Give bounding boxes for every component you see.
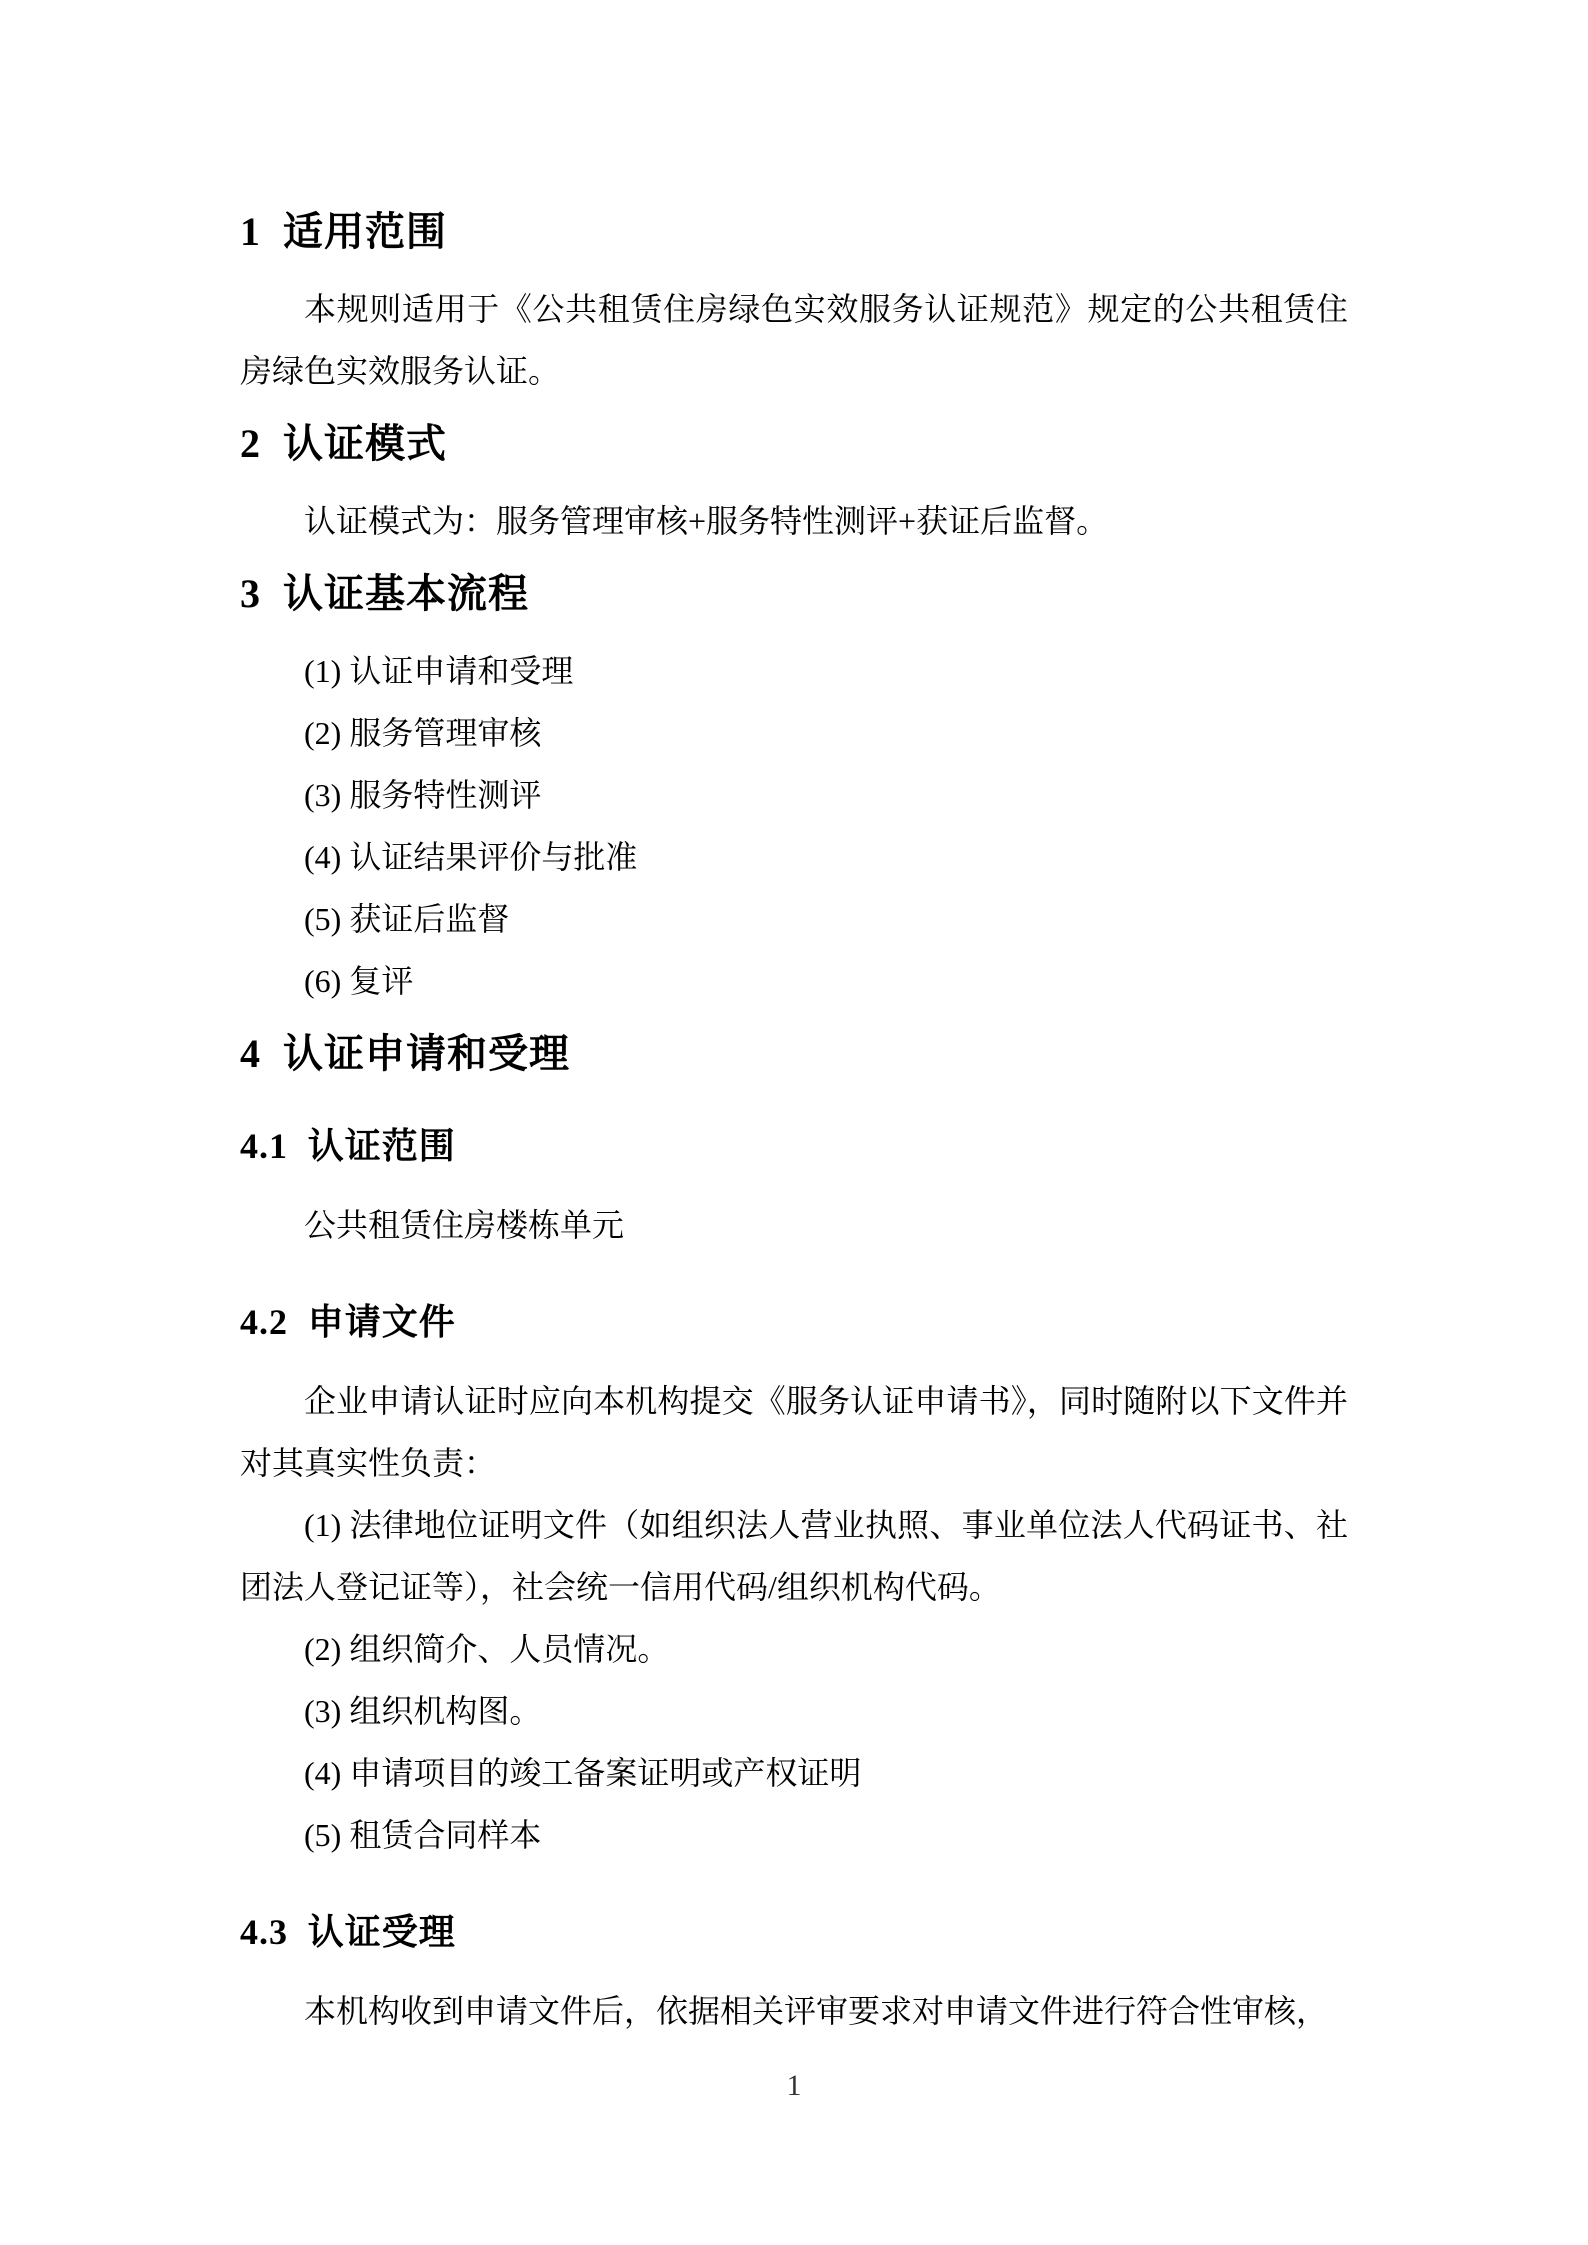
section-4-heading: 4认证申请和受理 [240, 1028, 1348, 1080]
section-1-heading: 1适用范围 [240, 206, 1348, 258]
section-2-heading: 2认证模式 [240, 418, 1348, 470]
section-4-1-paragraph: 公共租赁住房楼栋单元 [240, 1194, 1348, 1256]
section-4-number: 4 [240, 1031, 261, 1076]
list-item: (3) 组织机构图。 [240, 1680, 1348, 1742]
list-item: (1) 法律地位证明文件（如组织法人营业执照、事业单位法人代码证书、社团法人登记… [240, 1494, 1348, 1618]
list-item: (2) 服务管理审核 [240, 702, 1348, 764]
section-4-2-title: 申请文件 [308, 1302, 456, 1342]
section-4-3-paragraph: 本机构收到申请文件后，依据相关评审要求对申请文件进行符合性审核， [240, 1980, 1348, 2042]
section-3-heading: 3认证基本流程 [240, 568, 1348, 620]
list-item: (1) 认证申请和受理 [240, 640, 1348, 702]
list-item: (3) 服务特性测评 [240, 764, 1348, 826]
list-item: (4) 申请项目的竣工备案证明或产权证明 [240, 1742, 1348, 1804]
section-4-2-paragraph: 企业申请认证时应向本机构提交《服务认证申请书》，同时随附以下文件并对其真实性负责… [240, 1370, 1348, 1494]
section-3-number: 3 [240, 571, 261, 616]
section-1-number: 1 [240, 209, 261, 254]
page-number: 1 [240, 2066, 1348, 2106]
section-3-title: 认证基本流程 [283, 571, 529, 616]
section-1-title: 适用范围 [283, 209, 447, 254]
section-4-1-title: 认证范围 [308, 1126, 456, 1166]
section-2-title: 认证模式 [283, 421, 447, 466]
section-4-3-title: 认证受理 [308, 1912, 456, 1952]
section-4-1-heading: 4.1认证范围 [240, 1122, 1348, 1170]
section-2-number: 2 [240, 421, 261, 466]
section-4-3-heading: 4.3认证受理 [240, 1908, 1348, 1956]
list-item: (4) 认证结果评价与批准 [240, 826, 1348, 888]
document-page: 1适用范围 本规则适用于《公共租赁住房绿色实效服务认证规范》规定的公共租赁住房绿… [0, 0, 1588, 2245]
section-4-1-number: 4.1 [240, 1126, 288, 1166]
section-4-2-number: 4.2 [240, 1302, 288, 1342]
section-4-2-heading: 4.2申请文件 [240, 1298, 1348, 1346]
section-4-3-number: 4.3 [240, 1912, 288, 1952]
section-1-paragraph: 本规则适用于《公共租赁住房绿色实效服务认证规范》规定的公共租赁住房绿色实效服务认… [240, 278, 1348, 402]
list-item: (6) 复评 [240, 950, 1348, 1012]
list-item: (5) 租赁合同样本 [240, 1804, 1348, 1866]
list-item: (2) 组织简介、人员情况。 [240, 1618, 1348, 1680]
list-item: (5) 获证后监督 [240, 888, 1348, 950]
section-4-title: 认证申请和受理 [283, 1031, 570, 1076]
section-2-paragraph: 认证模式为：服务管理审核+服务特性测评+获证后监督。 [240, 490, 1348, 552]
